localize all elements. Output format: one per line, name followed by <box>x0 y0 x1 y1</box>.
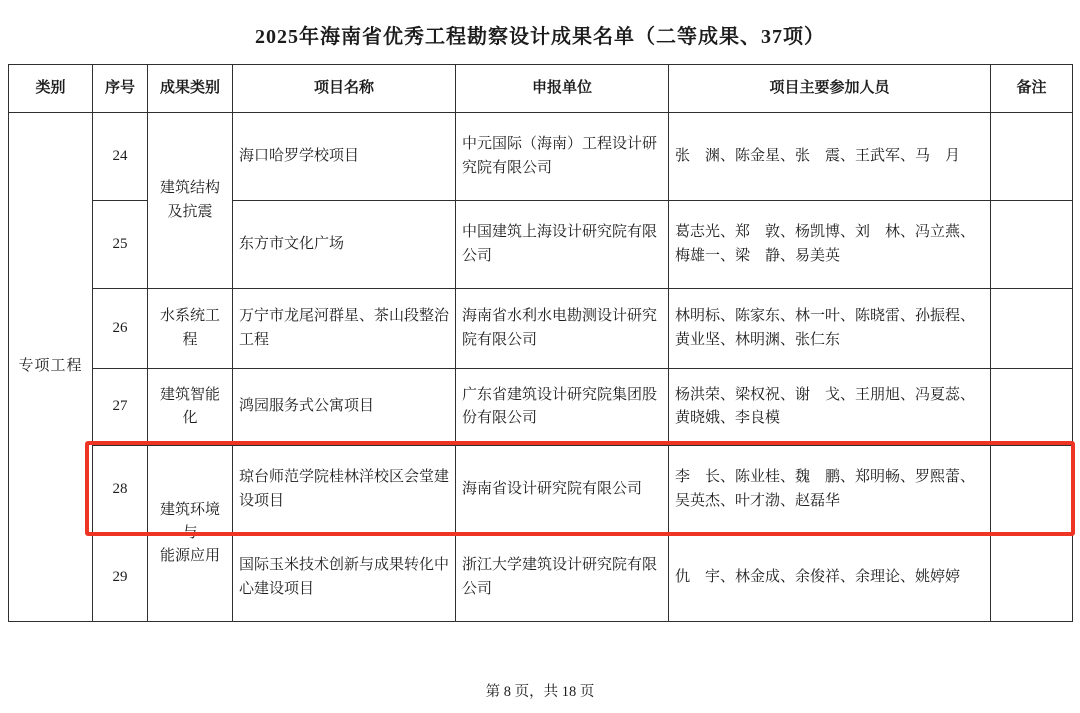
cell-no: 24 <box>93 113 148 201</box>
cell-no: 29 <box>93 534 148 622</box>
cell-type: 建筑环境与 能源应用 <box>148 446 233 622</box>
cell-no: 25 <box>93 201 148 289</box>
table-row-27: 27 建筑智能化 鸿园服务式公寓项目 广东省建筑设计研究院集团股份有限公司 杨洪… <box>9 369 1073 446</box>
col-header-participants: 项目主要参加人员 <box>669 65 991 113</box>
col-header-project: 项目名称 <box>233 65 456 113</box>
table-row-26: 26 水系统工程 万宁市龙尾河群星、茶山段整治工程 海南省水利水电勘测设计研究院… <box>9 289 1073 369</box>
cell-unit: 浙江大学建筑设计研究院有限公司 <box>456 534 669 622</box>
col-header-type: 成果类别 <box>148 65 233 113</box>
cell-participants: 李 长、陈业桂、魏 鹏、郑明畅、罗熙蕾、吴英杰、叶才渤、赵磊华 <box>669 446 991 534</box>
cell-category: 专项工程 <box>9 113 93 622</box>
cell-type: 建筑智能化 <box>148 369 233 446</box>
cell-participants: 杨洪荣、梁权祝、谢 戈、王朋旭、冯夏蕊、黄晓娥、李良模 <box>669 369 991 446</box>
col-header-unit: 申报单位 <box>456 65 669 113</box>
cell-unit: 中国建筑上海设计研究院有限公司 <box>456 201 669 289</box>
cell-unit: 中元国际（海南）工程设计研究院有限公司 <box>456 113 669 201</box>
col-header-no: 序号 <box>93 65 148 113</box>
col-header-category: 类别 <box>9 65 93 113</box>
table-row-24: 专项工程 24 建筑结构 及抗震 海口哈罗学校项目 中元国际（海南）工程设计研究… <box>9 113 1073 201</box>
page-title: 2025年海南省优秀工程勘察设计成果名单（二等成果、37项） <box>0 20 1080 49</box>
cell-project: 海口哈罗学校项目 <box>233 113 456 201</box>
cell-remark <box>991 534 1073 622</box>
cell-project: 万宁市龙尾河群星、茶山段整治工程 <box>233 289 456 369</box>
cell-remark <box>991 289 1073 369</box>
cell-participants: 林明标、陈家东、林一叶、陈晓雷、孙振程、黄业坚、林明渊、张仁东 <box>669 289 991 369</box>
cell-remark <box>991 113 1073 201</box>
cell-project: 东方市文化广场 <box>233 201 456 289</box>
cell-participants: 葛志光、郑 敦、杨凯博、刘 林、冯立燕、梅雄一、梁 静、易美英 <box>669 201 991 289</box>
cell-project: 琼台师范学院桂林洋校区会堂建设项目 <box>233 446 456 534</box>
page-number: 第 8 页，共 18 页 <box>0 680 1080 701</box>
cell-remark <box>991 446 1073 534</box>
cell-unit: 海南省水利水电勘测设计研究院有限公司 <box>456 289 669 369</box>
header-row: 类别 序号 成果类别 项目名称 申报单位 项目主要参加人员 备注 <box>9 65 1073 113</box>
cell-project: 鸿园服务式公寓项目 <box>233 369 456 446</box>
document-page: 2025年海南省优秀工程勘察设计成果名单（二等成果、37项） 类别 序号 成果类… <box>0 0 1080 713</box>
results-table: 类别 序号 成果类别 项目名称 申报单位 项目主要参加人员 备注 专项工程 24… <box>8 64 1073 622</box>
cell-unit: 广东省建筑设计研究院集团股份有限公司 <box>456 369 669 446</box>
cell-no: 26 <box>93 289 148 369</box>
cell-participants: 张 渊、陈金星、张 震、王武军、马 月 <box>669 113 991 201</box>
col-header-remark: 备注 <box>991 65 1073 113</box>
table-row-28: 28 建筑环境与 能源应用 琼台师范学院桂林洋校区会堂建设项目 海南省设计研究院… <box>9 446 1073 534</box>
cell-remark <box>991 201 1073 289</box>
cell-remark <box>991 369 1073 446</box>
cell-type: 水系统工程 <box>148 289 233 369</box>
cell-no: 27 <box>93 369 148 446</box>
cell-type: 建筑结构 及抗震 <box>148 113 233 289</box>
cell-no: 28 <box>93 446 148 534</box>
cell-project: 国际玉米技术创新与成果转化中心建设项目 <box>233 534 456 622</box>
cell-participants: 仇 宇、林金成、余俊祥、余理论、姚婷婷 <box>669 534 991 622</box>
cell-unit: 海南省设计研究院有限公司 <box>456 446 669 534</box>
